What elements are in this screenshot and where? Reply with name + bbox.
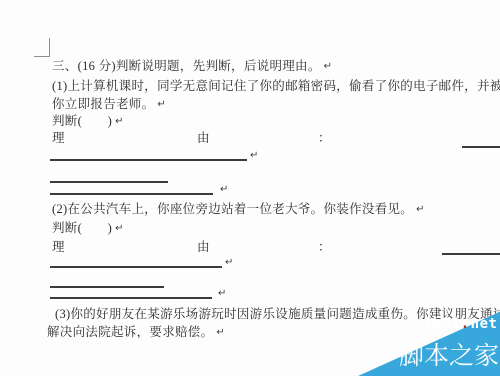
paragraph-mark-icon: ↵ — [115, 223, 124, 234]
paragraph-mark-icon: ↵ — [225, 257, 233, 268]
watermark-site: jb51 — [424, 316, 460, 332]
q2-answer-blank-line-3 — [50, 297, 212, 299]
paragraph-mark-icon: ↵ — [157, 99, 166, 110]
q2-reason-line: 理 由 ： — [0, 240, 500, 255]
document-page: 三、(16 分)判断说明题，先判断，后说明理由。↵ (1)上计算机课时，同学无意… — [0, 0, 500, 376]
q1-prompt-line1: (1)上计算机课时，同学无意间记住了你的邮箱密码，偷看了你的电子邮件，并被你发 — [52, 79, 500, 94]
q1-prompt-line2-text: 你立即报告老师。 — [52, 97, 154, 111]
section-title-text: 三、(16 分)判断说明题，先判断，后说明理由。 — [52, 59, 321, 73]
q2-answer-blank-line-0 — [442, 253, 500, 255]
q1-prompt-line2: 你立即报告老师。↵ — [52, 97, 166, 112]
q1-prompt-line1-text: (1)上计算机课时，同学无意间记住了你的邮箱密码，偷看了你的电子邮件，并被你发 — [52, 79, 500, 93]
q1-judge-line: 判断( )↵ — [52, 114, 124, 129]
paragraph-mark-icon: ↵ — [250, 150, 258, 161]
q2-reason-char-you: 由 — [197, 240, 210, 255]
paragraph-mark-icon: ↵ — [220, 184, 228, 195]
q1-answer-blank-line-3 — [50, 193, 213, 195]
paragraph-mark-icon: ↵ — [216, 327, 225, 338]
margin-corner-mark-horizontal — [34, 56, 50, 57]
watermark-dot: . — [461, 316, 470, 332]
q1-reason-colon: ： — [318, 131, 331, 146]
margin-corner-mark-vertical — [49, 38, 50, 57]
section-title: 三、(16 分)判断说明题，先判断，后说明理由。↵ — [52, 59, 332, 74]
paragraph-mark-icon: ↵ — [324, 61, 333, 72]
q1-reason-char-li: 理 — [52, 131, 65, 146]
q3-prompt-line2-text: 解决向法院起诉，要求赔偿。 — [47, 325, 213, 339]
q1-answer-blank-line-0 — [462, 146, 500, 148]
q2-judge-line: 判断( )↵ — [52, 221, 124, 236]
q2-reason-colon: ： — [318, 240, 331, 255]
watermark-tld: net — [471, 316, 498, 332]
q2-prompt-line: (2)在公共汽车上，你座位旁边站着一位老大爷。你装作没看见。↵ — [52, 202, 425, 217]
q1-answer-blank-line-1 — [50, 159, 247, 161]
q1-judge-text: 判断( ) — [52, 114, 112, 128]
q2-answer-blank-line-1 — [50, 266, 222, 268]
q2-answer-blank-line-2 — [50, 286, 164, 288]
watermark-brand: 脚本之家 — [399, 341, 499, 371]
q1-answer-blank-line-2 — [50, 181, 168, 183]
q2-prompt-text: (2)在公共汽车上，你座位旁边站着一位老大爷。你装作没看见。 — [52, 202, 413, 216]
q2-judge-text: 判断( ) — [52, 221, 112, 235]
paragraph-mark-icon: ↵ — [218, 288, 226, 299]
q1-reason-line: 理 由 ： — [0, 131, 500, 146]
watermark-url: jb51.net — [424, 316, 497, 332]
paragraph-mark-icon: ↵ — [416, 204, 425, 215]
q1-reason-char-you: 由 — [197, 131, 210, 146]
q2-reason-char-li: 理 — [52, 240, 65, 255]
paragraph-mark-icon: ↵ — [115, 116, 124, 127]
